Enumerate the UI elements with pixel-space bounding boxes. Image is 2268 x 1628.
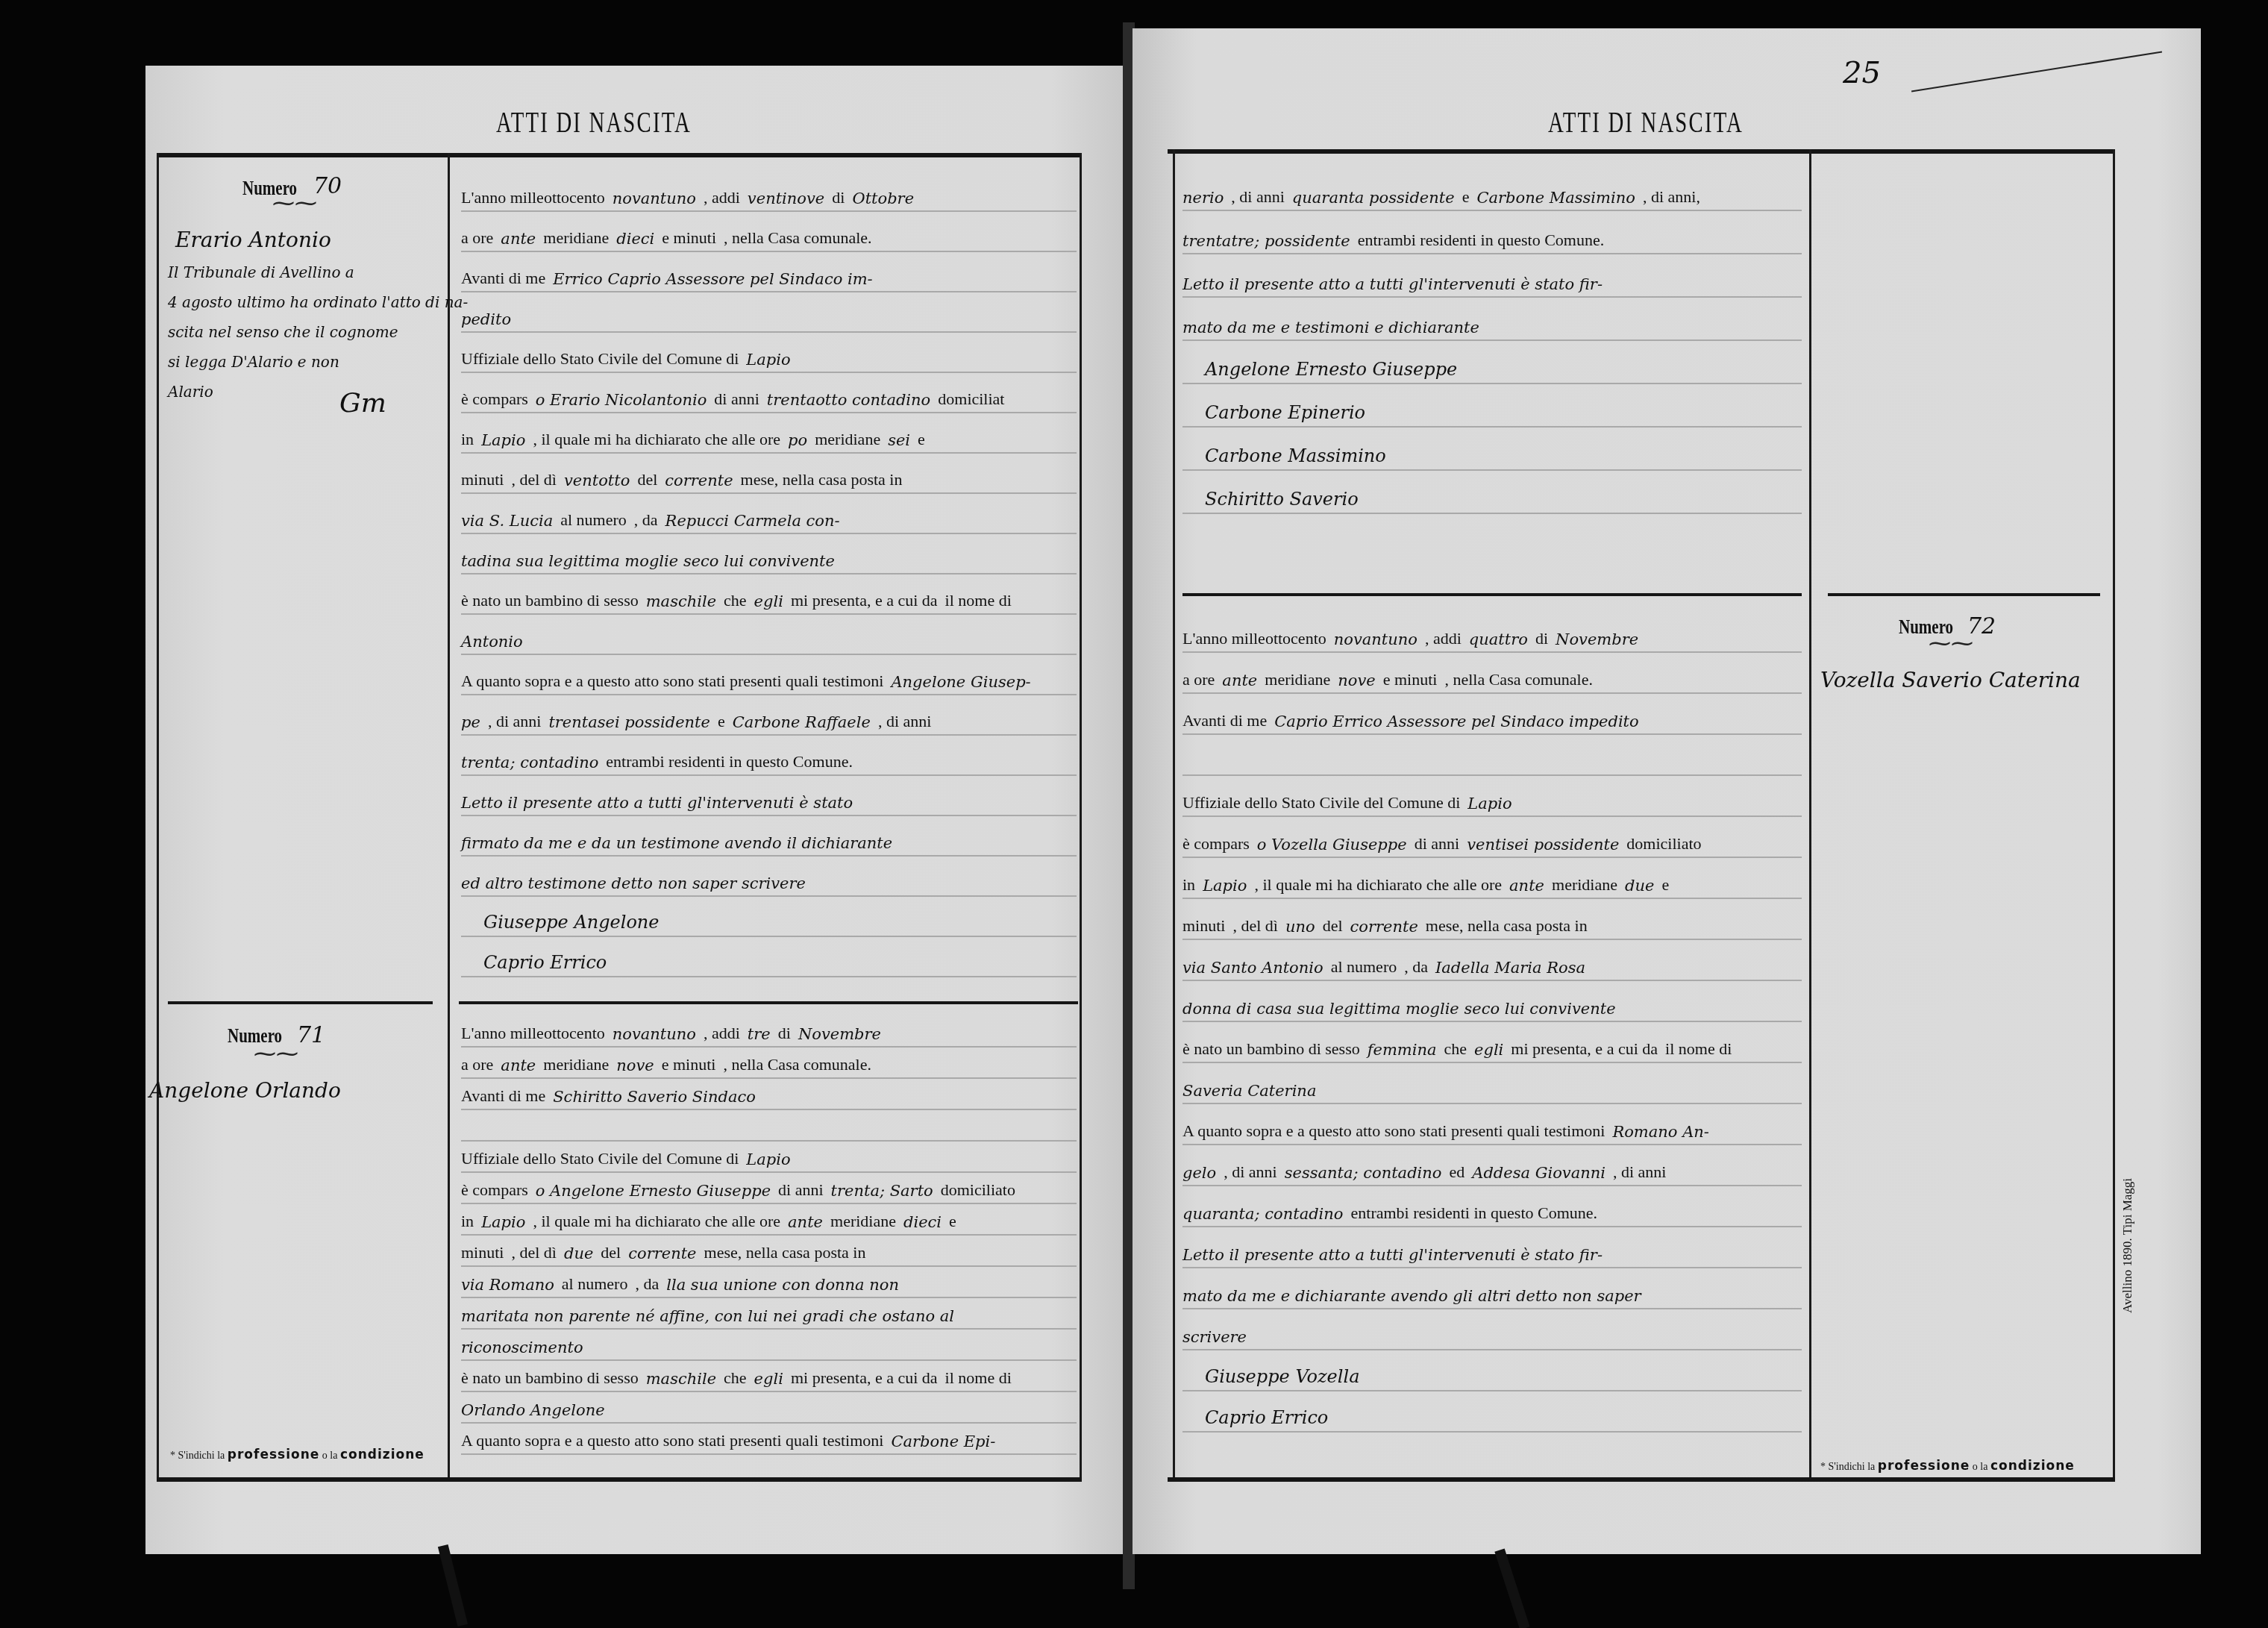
printed-label: A quanto sopra e a questo atto sono stat… bbox=[461, 671, 883, 691]
handwritten-entry: quaranta; contadino bbox=[1182, 1205, 1344, 1223]
handwritten-entry: tadina sua legittima moglie seco lui con… bbox=[461, 552, 835, 570]
printed-label: meridiane bbox=[815, 430, 880, 449]
handwritten-entry: ventotto bbox=[564, 472, 630, 489]
handwritten-entry: Caprio Errico Assessore pel Sindaco impe… bbox=[1274, 713, 1638, 730]
record-separator-main bbox=[459, 1001, 1078, 1004]
handwritten-entry: ventisei possidente bbox=[1467, 836, 1619, 854]
printed-label: è nato un bambino di sesso bbox=[1182, 1039, 1360, 1059]
handwritten-entry: quaranta possidente bbox=[1292, 189, 1455, 207]
form-line: Orlando Angelone bbox=[461, 1392, 1077, 1424]
printed-label: entrambi residenti in questo Comune. bbox=[606, 752, 853, 771]
handwritten-entry: Novembre bbox=[1556, 630, 1638, 648]
handwritten-entry: Romano An- bbox=[1612, 1123, 1709, 1141]
handwritten-entry: mato da me e dichiarante avendo gli altr… bbox=[1182, 1287, 1641, 1305]
printed-label: , di anni bbox=[1224, 1162, 1277, 1182]
printed-label: , il quale mi ha dichiarato che alle ore bbox=[533, 430, 780, 449]
handwritten-entry: Letto il presente atto a tutti gl'interv… bbox=[1182, 275, 1603, 293]
printed-label: , di anni, bbox=[1643, 187, 1700, 207]
handwritten-entry: Ottobre bbox=[852, 190, 914, 207]
printed-label: Avanti di me bbox=[1182, 711, 1267, 730]
printed-label: , da bbox=[1404, 957, 1428, 977]
printed-label: , addi bbox=[704, 188, 740, 207]
printed-label: mese, nella casa posta in bbox=[1426, 916, 1588, 936]
handwritten-entry: pedito bbox=[461, 310, 511, 328]
handwritten-entry: ventinove bbox=[748, 190, 824, 207]
handwritten-entry: novantuno bbox=[613, 1025, 696, 1043]
form-line: via Romanoal numero, dalla sua unione co… bbox=[461, 1267, 1077, 1298]
handwritten-entry: Lapio bbox=[481, 1213, 525, 1231]
handwritten-entry: nove bbox=[1338, 671, 1375, 689]
handwritten-entry: tre bbox=[748, 1025, 771, 1043]
form-line: A quanto sopra e a questo atto sono stat… bbox=[461, 655, 1077, 695]
signature-line: Schiritto Saverio bbox=[1182, 471, 1802, 514]
ornament: ⁓⁓ bbox=[1929, 630, 1973, 657]
printed-label: e bbox=[1462, 187, 1470, 207]
frame-left-edge-right bbox=[1173, 149, 1175, 1481]
frame-top-rule-left bbox=[157, 153, 1082, 157]
printed-label: Uffiziale dello Stato Civile del Comune … bbox=[1182, 793, 1460, 813]
ornament: ⁓⁓ bbox=[254, 1041, 298, 1067]
handwritten-entry: ante bbox=[501, 230, 536, 248]
form-line: L'anno milleottocentonovantuno, addiquat… bbox=[1182, 612, 1802, 653]
margin-name: Vozella Saverio Caterina bbox=[1820, 668, 2081, 692]
printed-label: e bbox=[718, 712, 725, 731]
form-line: L'anno milleottocentonovantuno, addivent… bbox=[461, 172, 1077, 212]
handwritten-entry: Angelone Ernesto Giuseppe bbox=[1205, 359, 1457, 380]
printed-label: di anni bbox=[778, 1180, 824, 1200]
form-line: ed altro testimone detto non saper scriv… bbox=[461, 857, 1077, 897]
printed-label: , da bbox=[634, 510, 658, 530]
record-separator-margin bbox=[168, 1001, 433, 1004]
printed-label: , del dì bbox=[511, 470, 557, 489]
form-line: Letto il presente atto a tutti gl'interv… bbox=[461, 776, 1077, 816]
printed-label: Avanti di me bbox=[461, 1086, 545, 1106]
handwritten-entry: uno bbox=[1285, 918, 1315, 936]
handwritten-entry: sessanta; contadino bbox=[1285, 1164, 1442, 1182]
margin-note-line: si legga D'Alario e non bbox=[168, 347, 444, 377]
handwritten-entry: pe bbox=[461, 713, 480, 731]
handwritten-entry: Giuseppe Vozella bbox=[1205, 1366, 1359, 1387]
form-line: maritata non parente né affine, con lui … bbox=[461, 1298, 1077, 1330]
frame-right-edge-left bbox=[1080, 153, 1082, 1481]
printed-label: mi presenta, e a cui da bbox=[791, 1368, 938, 1388]
form-line: è nato un bambino di sessofemminacheegli… bbox=[1182, 1022, 1802, 1063]
printed-label: meridiane bbox=[543, 1055, 609, 1074]
form-line: trentatre; possidenteentrambi residenti … bbox=[1182, 211, 1802, 254]
handwritten-entry: ante bbox=[788, 1213, 823, 1231]
handwritten-entry: dieci bbox=[903, 1213, 942, 1231]
printed-label: il nome di bbox=[1665, 1039, 1732, 1059]
printed-label: , il quale mi ha dichiarato che alle ore bbox=[533, 1212, 780, 1231]
printed-label: del bbox=[601, 1243, 621, 1262]
handwritten-entry: Orlando Angelone bbox=[461, 1401, 605, 1419]
signature-line: Caprio Errico bbox=[1182, 1391, 1802, 1433]
printed-label: in bbox=[1182, 875, 1195, 895]
printed-label: , di anni bbox=[878, 712, 932, 731]
printed-label: meridiane bbox=[1552, 875, 1617, 895]
form-line: Letto il presente atto a tutti gl'interv… bbox=[1182, 254, 1802, 298]
handwritten-entry: Carbone Massimino bbox=[1476, 189, 1635, 207]
printed-label: di bbox=[778, 1024, 791, 1043]
printed-label: al numero bbox=[560, 510, 627, 530]
handwritten-entry: po bbox=[788, 431, 807, 449]
record-71-body: L'anno milleottocentonovantuno, additred… bbox=[461, 1016, 1077, 1455]
printed-label: meridiane bbox=[830, 1212, 896, 1231]
handwritten-entry: trentasei possidente bbox=[548, 713, 710, 731]
handwritten-entry: Iadella Maria Rosa bbox=[1435, 959, 1585, 977]
printed-label: e minuti bbox=[1383, 670, 1438, 689]
printed-label: , nella Casa comunale. bbox=[1444, 670, 1593, 689]
handwritten-entry: o Angelone Ernesto Giuseppe bbox=[536, 1182, 771, 1200]
signature-line: Giuseppe Vozella bbox=[1182, 1350, 1802, 1391]
numero-value: 71 bbox=[297, 1022, 325, 1048]
handwritten-entry: mato da me e testimoni e dichiarante bbox=[1182, 319, 1479, 336]
footnote-left: * S'indichi la professione o la condizio… bbox=[170, 1447, 425, 1462]
margin-note-line: Alario bbox=[168, 377, 444, 407]
handwritten-entry: Carbone Raffaele bbox=[733, 713, 871, 731]
printed-label: , nella Casa comunale. bbox=[723, 1055, 871, 1074]
printed-label: di anni bbox=[1415, 834, 1460, 854]
page-title-right: ATTI DI NASCITA bbox=[1548, 104, 1744, 140]
printed-label: è nato un bambino di sesso bbox=[461, 591, 639, 610]
printed-label: domiciliat bbox=[938, 389, 1004, 409]
form-line: Avanti di meCaprio Errico Assessore pel … bbox=[1182, 694, 1802, 735]
handwritten-entry: ante bbox=[1509, 877, 1544, 895]
handwritten-entry: Caprio Errico bbox=[1205, 1407, 1328, 1428]
form-line: inLapio, il quale mi ha dichiarato che a… bbox=[461, 413, 1077, 454]
handwritten-entry: Schiritto Saverio bbox=[1205, 489, 1359, 510]
handwritten-entry: o Vozella Giuseppe bbox=[1257, 836, 1407, 854]
printed-label: al numero bbox=[1331, 957, 1397, 977]
handwritten-entry: egli bbox=[754, 592, 783, 610]
handwritten-entry: novantuno bbox=[613, 190, 696, 207]
handwritten-entry: lla sua unione con donna non bbox=[666, 1276, 899, 1294]
handwritten-entry: Schiritto Saverio Sindaco bbox=[553, 1088, 756, 1106]
handwritten-entry: novantuno bbox=[1334, 630, 1417, 648]
handwritten-entry: trenta; contadino bbox=[461, 754, 598, 771]
printed-label: L'anno milleottocento bbox=[1182, 629, 1326, 648]
column-divider-left bbox=[448, 153, 450, 1481]
handwritten-entry: via Santo Antonio bbox=[1182, 959, 1323, 977]
handwritten-entry: trentatre; possidente bbox=[1182, 232, 1350, 250]
record-70-body: L'anno milleottocentonovantuno, addivent… bbox=[461, 172, 1077, 977]
handwritten-entry: ed altro testimone detto non saper scriv… bbox=[461, 874, 806, 892]
printed-label: è compars bbox=[1182, 834, 1250, 854]
form-line: firmato da me e da un testimone avendo i… bbox=[461, 816, 1077, 857]
printed-label: , addi bbox=[704, 1024, 740, 1043]
printed-label: è compars bbox=[461, 1180, 528, 1200]
printed-label: e bbox=[949, 1212, 956, 1231]
frame-bottom-rule-left bbox=[157, 1477, 1082, 1482]
printed-label: , il quale mi ha dichiarato che alle ore bbox=[1254, 875, 1502, 895]
column-divider-right bbox=[1809, 149, 1811, 1481]
printed-label: , addi bbox=[1425, 629, 1462, 648]
handwritten-entry: trenta; Sarto bbox=[831, 1182, 933, 1200]
signature-line: Caprio Errico bbox=[461, 937, 1077, 977]
form-line: è comparso Vozella Giuseppedi anniventis… bbox=[1182, 817, 1802, 858]
handwritten-entry: corrente bbox=[628, 1245, 696, 1262]
form-line: nerio, di anniquaranta possidenteeCarbon… bbox=[1182, 168, 1802, 211]
handwritten-entry: o Erario Nicolantonio bbox=[536, 391, 707, 409]
printed-label: e bbox=[1661, 875, 1669, 895]
printed-label: A quanto sopra e a questo atto sono stat… bbox=[1182, 1121, 1605, 1141]
binding-ribbon bbox=[1494, 1549, 1529, 1628]
printed-label: ed bbox=[1449, 1162, 1465, 1182]
handwritten-entry: dieci bbox=[616, 230, 654, 248]
handwritten-entry: femmina bbox=[1368, 1041, 1437, 1059]
form-line: mato da me e dichiarante avendo gli altr… bbox=[1182, 1268, 1802, 1309]
form-line bbox=[1182, 735, 1802, 776]
handwritten-entry: ante bbox=[501, 1056, 536, 1074]
printed-label: domiciliato bbox=[941, 1180, 1015, 1200]
printed-label: meridiane bbox=[543, 228, 609, 248]
form-line: Letto il presente atto a tutti gl'interv… bbox=[1182, 1227, 1802, 1268]
form-line: gelo, di annisessanta; contadinoedAddesa… bbox=[1182, 1145, 1802, 1186]
handwritten-entry: riconoscimento bbox=[461, 1339, 583, 1356]
handwritten-entry: firmato da me e da un testimone avendo i… bbox=[461, 834, 892, 852]
margin-note-line: Il Tribunale di Avellino a bbox=[168, 257, 444, 287]
frame-bottom-rule-right bbox=[1168, 1477, 2115, 1482]
form-line bbox=[461, 1110, 1077, 1142]
form-line: A quanto sopra e a questo atto sono stat… bbox=[461, 1424, 1077, 1455]
form-line: quaranta; contadinoentrambi residenti in… bbox=[1182, 1186, 1802, 1227]
handwritten-entry: Carbone Epi- bbox=[891, 1433, 995, 1450]
form-line: a oreantemeridianenovee minuti, nella Ca… bbox=[1182, 653, 1802, 694]
handwritten-entry: Lapio bbox=[746, 351, 790, 369]
printed-label: il nome di bbox=[945, 1368, 1012, 1388]
printed-label: e minuti bbox=[662, 228, 716, 248]
handwritten-entry: sei bbox=[888, 431, 910, 449]
printed-label: a ore bbox=[461, 1055, 493, 1074]
margin-note-line: 4 agosto ultimo ha ordinato l'atto di na… bbox=[168, 287, 444, 317]
form-line: è nato un bambino di sessomaschilecheegl… bbox=[461, 1361, 1077, 1392]
printed-label: mese, nella casa posta in bbox=[704, 1243, 866, 1262]
binding-ribbon bbox=[438, 1544, 468, 1627]
handwritten-entry: corrente bbox=[1350, 918, 1418, 936]
page-number-mark: 25 bbox=[1843, 56, 1881, 90]
handwritten-entry: ante bbox=[1222, 671, 1257, 689]
printed-label: che bbox=[1444, 1039, 1467, 1059]
form-line: inLapio, il quale mi ha dichiarato che a… bbox=[461, 1204, 1077, 1236]
printed-label: a ore bbox=[461, 228, 493, 248]
printed-label: che bbox=[724, 1368, 747, 1388]
ornament: ⁓⁓ bbox=[272, 190, 317, 216]
handwritten-entry: Carbone Epinerio bbox=[1205, 402, 1365, 423]
form-line: minuti, del dìventottodelcorrentemese, n… bbox=[461, 454, 1077, 494]
form-line: mato da me e testimoni e dichiarante bbox=[1182, 298, 1802, 341]
printed-label: in bbox=[461, 1212, 474, 1231]
handwritten-entry: Caprio Errico bbox=[483, 952, 607, 973]
form-line: Antonio bbox=[461, 615, 1077, 655]
handwritten-entry: via S. Lucia bbox=[461, 512, 553, 530]
printed-label: domiciliato bbox=[1626, 834, 1701, 854]
printed-label: , del dì bbox=[1232, 916, 1278, 936]
printed-label: mese, nella casa posta in bbox=[741, 470, 903, 489]
printed-label: del bbox=[1323, 916, 1343, 936]
handwritten-entry: Novembre bbox=[798, 1025, 881, 1043]
form-line: Saveria Caterina bbox=[1182, 1063, 1802, 1104]
handwritten-entry: Lapio bbox=[481, 431, 525, 449]
printed-label: il nome di bbox=[945, 591, 1012, 610]
handwritten-entry: Lapio bbox=[746, 1150, 790, 1168]
margin-annotation: Il Tribunale di Avellino a4 agosto ultim… bbox=[168, 257, 444, 407]
form-line: A quanto sopra e a questo atto sono stat… bbox=[1182, 1104, 1802, 1145]
form-line: è comparso Angelone Ernesto Giuseppedi a… bbox=[461, 1173, 1077, 1204]
form-line: minuti, del dìduedelcorrentemese, nella … bbox=[461, 1236, 1077, 1267]
printed-label: mi presenta, e a cui da bbox=[1511, 1039, 1658, 1059]
handwritten-entry: Lapio bbox=[1203, 877, 1247, 895]
handwritten-entry: donna di casa sua legittima moglie seco … bbox=[1182, 1000, 1616, 1018]
printed-label: entrambi residenti in questo Comune. bbox=[1351, 1203, 1598, 1223]
form-line: scrivere bbox=[1182, 1309, 1802, 1350]
form-line: donna di casa sua legittima moglie seco … bbox=[1182, 981, 1802, 1022]
handwritten-entry: due bbox=[1625, 877, 1654, 895]
signature-line: Carbone Epinerio bbox=[1182, 384, 1802, 428]
handwritten-entry: nerio bbox=[1182, 189, 1224, 207]
signature-line: Carbone Massimino bbox=[1182, 428, 1802, 471]
frame-right-edge bbox=[2113, 149, 2115, 1481]
form-line: Avanti di meErrico Caprio Assessore pel … bbox=[461, 252, 1077, 292]
printed-label: Avanti di me bbox=[461, 269, 545, 288]
handwritten-entry: Saveria Caterina bbox=[1182, 1082, 1316, 1100]
printed-label: L'anno milleottocento bbox=[461, 188, 605, 207]
printed-label: , nella Casa comunale. bbox=[724, 228, 872, 248]
printed-label: , di anni bbox=[1231, 187, 1285, 207]
printed-label: , di anni bbox=[1613, 1162, 1667, 1182]
printed-label: che bbox=[724, 591, 747, 610]
handwritten-entry: egli bbox=[754, 1370, 783, 1388]
form-line: via Santo Antonioal numero, daIadella Ma… bbox=[1182, 940, 1802, 981]
printed-label: , da bbox=[635, 1274, 659, 1294]
printed-label: minuti bbox=[461, 1243, 504, 1262]
margin-name: Angelone Orlando bbox=[149, 1078, 341, 1103]
record-72-body: L'anno milleottocentonovantuno, addiquat… bbox=[1182, 612, 1802, 1433]
handwritten-entry: gelo bbox=[1182, 1164, 1216, 1182]
handwritten-entry: Lapio bbox=[1467, 795, 1512, 813]
form-line: trenta; contadinoentrambi residenti in q… bbox=[461, 736, 1077, 776]
handwritten-entry: maritata non parente né affine, con lui … bbox=[461, 1307, 954, 1325]
printed-label: è compars bbox=[461, 389, 528, 409]
form-line: via S. Luciaal numero, daRepucci Carmela… bbox=[461, 494, 1077, 534]
printed-label: è nato un bambino di sesso bbox=[461, 1368, 639, 1388]
handwritten-entry: Addesa Giovanni bbox=[1472, 1164, 1606, 1182]
form-line: minuti, del dìunodelcorrentemese, nella … bbox=[1182, 899, 1802, 940]
form-line: Uffiziale dello Stato Civile del Comune … bbox=[461, 333, 1077, 373]
handwritten-entry: Antonio bbox=[461, 633, 523, 651]
form-line: L'anno milleottocentonovantuno, additred… bbox=[461, 1016, 1077, 1048]
handwritten-entry: Giuseppe Angelone bbox=[483, 912, 660, 933]
handwritten-entry: Carbone Massimino bbox=[1205, 445, 1386, 466]
form-line: pe, di annitrentasei possidenteeCarbone … bbox=[461, 695, 1077, 736]
printed-label: Uffiziale dello Stato Civile del Comune … bbox=[461, 349, 739, 369]
handwritten-entry: scrivere bbox=[1182, 1328, 1247, 1346]
handwritten-entry: Letto il presente atto a tutti gl'interv… bbox=[461, 794, 853, 812]
form-line: riconoscimento bbox=[461, 1330, 1077, 1361]
record-separator-main-right bbox=[1182, 593, 1802, 596]
handwritten-entry: trentaotto contadino bbox=[767, 391, 930, 409]
margin-note-line: scita nel senso che il cognome bbox=[168, 317, 444, 347]
handwritten-entry: Angelone Giusep- bbox=[891, 673, 1030, 691]
printed-label: entrambi residenti in questo Comune. bbox=[1358, 231, 1605, 250]
handwritten-entry: maschile bbox=[646, 592, 716, 610]
handwritten-entry: Letto il presente atto a tutti gl'interv… bbox=[1182, 1246, 1603, 1264]
form-line: inLapio, il quale mi ha dichiarato che a… bbox=[1182, 858, 1802, 899]
handwritten-entry: due bbox=[564, 1245, 593, 1262]
margin-initials: Gm bbox=[339, 388, 386, 419]
handwritten-entry: maschile bbox=[646, 1370, 716, 1388]
handwritten-entry: Repucci Carmela con- bbox=[665, 512, 840, 530]
handwritten-entry: egli bbox=[1474, 1041, 1503, 1059]
printer-imprint: Avellino 1890. Tipi Maggi bbox=[2120, 1178, 2135, 1313]
printed-label: di bbox=[832, 188, 845, 207]
form-line: è comparso Erario Nicolantoniodi annitre… bbox=[461, 373, 1077, 413]
printed-label: del bbox=[637, 470, 657, 489]
printed-label: mi presenta, e a cui da bbox=[791, 591, 938, 610]
form-line: Avanti di meSchiritto Saverio Sindaco bbox=[461, 1079, 1077, 1110]
form-line: pedito bbox=[461, 292, 1077, 333]
printed-label: al numero bbox=[562, 1274, 628, 1294]
margin-name: Erario Antonio bbox=[175, 228, 331, 252]
form-line: Uffiziale dello Stato Civile del Comune … bbox=[461, 1142, 1077, 1173]
printed-label: in bbox=[461, 430, 474, 449]
printed-label: meridiane bbox=[1265, 670, 1330, 689]
frame-left-edge bbox=[157, 153, 159, 1481]
handwritten-entry: quattro bbox=[1469, 630, 1528, 648]
handwritten-entry: nove bbox=[616, 1056, 654, 1074]
page-title-left: ATTI DI NASCITA bbox=[496, 104, 692, 140]
form-line: è nato un bambino di sessomaschilecheegl… bbox=[461, 575, 1077, 615]
printed-label: di bbox=[1535, 629, 1548, 648]
handwritten-entry: via Romano bbox=[461, 1276, 554, 1294]
handwritten-entry: Errico Caprio Assessore pel Sindaco im- bbox=[553, 270, 872, 288]
handwritten-entry: corrente bbox=[665, 472, 733, 489]
printed-label: di anni bbox=[714, 389, 759, 409]
printed-label: A quanto sopra e a questo atto sono stat… bbox=[461, 1431, 883, 1450]
printed-label: minuti bbox=[1182, 916, 1225, 936]
printed-label: , del dì bbox=[511, 1243, 557, 1262]
printed-label: e minuti bbox=[662, 1055, 716, 1074]
printed-label: a ore bbox=[1182, 670, 1215, 689]
form-line: a oreantemeridianediecie minuti, nella C… bbox=[461, 212, 1077, 252]
form-line: Uffiziale dello Stato Civile del Comune … bbox=[1182, 776, 1802, 817]
footnote-right: * S'indichi la professione o la condizio… bbox=[1820, 1459, 2075, 1474]
printed-label: minuti bbox=[461, 470, 504, 489]
frame-top-rule-right bbox=[1168, 149, 2115, 154]
form-line: a oreantemeridianenovee minuti, nella Ca… bbox=[461, 1048, 1077, 1079]
record-71-continuation: nerio, di anniquaranta possidenteeCarbon… bbox=[1182, 168, 1802, 514]
printed-label: , di anni bbox=[488, 712, 542, 731]
printed-label: Uffiziale dello Stato Civile del Comune … bbox=[461, 1149, 739, 1168]
signature-line: Giuseppe Angelone bbox=[461, 897, 1077, 937]
printed-label: e bbox=[918, 430, 925, 449]
form-line: tadina sua legittima moglie seco lui con… bbox=[461, 534, 1077, 575]
signature-line: Angelone Ernesto Giuseppe bbox=[1182, 341, 1802, 384]
record-separator-margin-right bbox=[1828, 593, 2100, 596]
numero-value: 70 bbox=[313, 173, 342, 199]
printed-label: L'anno milleottocento bbox=[461, 1024, 605, 1043]
